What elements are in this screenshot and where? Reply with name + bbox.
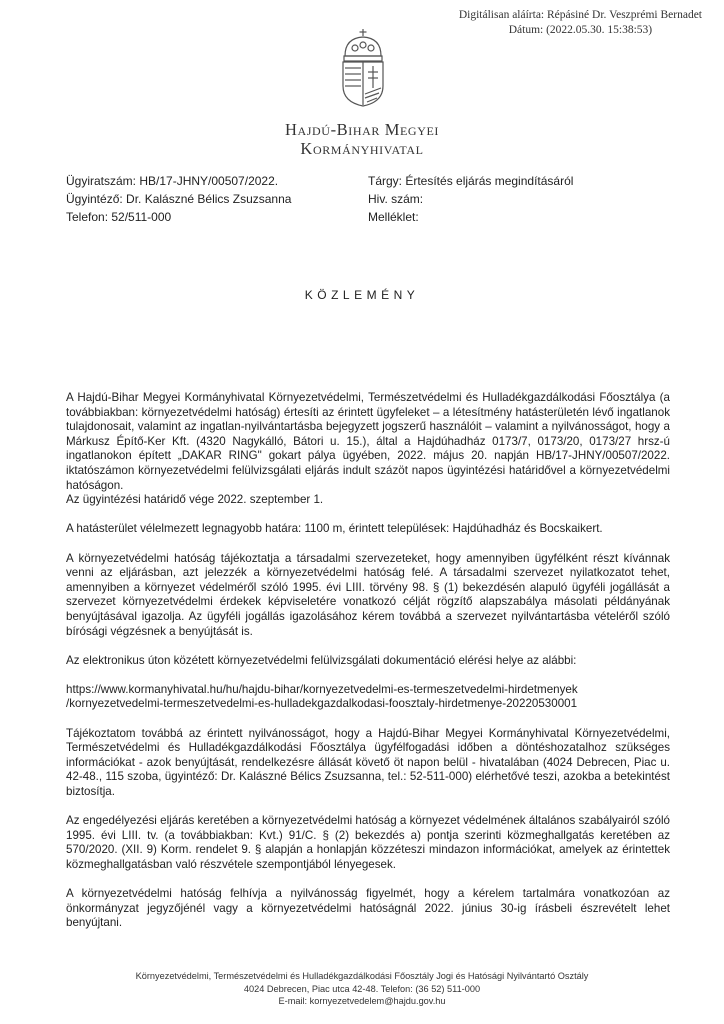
link-line1[interactable]: https://www.kormanyhivatal.hu/hu/hajdu-b… bbox=[66, 683, 578, 696]
footer-email[interactable]: E-mail: kornyezetvedelem@hajdu.gov.hu bbox=[0, 995, 724, 1008]
coat-of-arms-icon bbox=[331, 28, 395, 108]
reference-number: Hiv. szám: bbox=[368, 190, 573, 208]
link-line2[interactable]: /kornyezetvedelmi-termeszetvedelmi-es-hu… bbox=[66, 697, 577, 710]
paragraph-public-access: Tájékoztatom továbbá az érintett nyilván… bbox=[66, 727, 670, 800]
paragraph-public-hearing: Az engedélyezési eljárás keretében a kör… bbox=[66, 814, 670, 872]
paragraph-impact-area: A hatásterület vélelmezett legnagyobb ha… bbox=[66, 522, 670, 537]
document-body: A Hajdú-Bihar Megyei Kormányhivatal Körn… bbox=[66, 391, 670, 946]
organization-name: Hajdú-Bihar Megyei Kormányhivatal bbox=[0, 120, 724, 158]
document-title: KÖZLEMÉNY bbox=[0, 288, 724, 302]
paragraph-intro: A Hajdú-Bihar Megyei Kormányhivatal Körn… bbox=[66, 391, 670, 493]
case-reference-block: Ügyiratszám: HB/17-JHNY/00507/2022. Ügyi… bbox=[66, 172, 291, 226]
paragraph-social-organizations: A környezetvédelmi hatóság tájékoztatja … bbox=[66, 552, 670, 640]
org-name-line1: Hajdú-Bihar Megyei bbox=[0, 120, 724, 139]
org-name-line2: Kormányhivatal bbox=[0, 139, 724, 158]
footer-address: 4024 Debrecen, Piac utca 42-48. Telefon:… bbox=[0, 983, 724, 996]
subject-block: Tárgy: Értesítés eljárás megindításáról … bbox=[368, 172, 573, 226]
phone: Telefon: 52/511-000 bbox=[66, 208, 291, 226]
paragraph-documentation: Az elektronikus úton közétett környezetv… bbox=[66, 654, 670, 669]
case-officer: Ügyintéző: Dr. Kalászné Bélics Zsuzsanna bbox=[66, 190, 291, 208]
paragraph-comments-deadline: A környezetvédelmi hatóság felhívja a ny… bbox=[66, 887, 670, 931]
case-number: Ügyiratszám: HB/17-JHNY/00507/2022. bbox=[66, 172, 291, 190]
attachment: Melléklet: bbox=[368, 208, 573, 226]
signature-signer: Digitálisan aláírta: Répásiné Dr. Veszpr… bbox=[459, 8, 702, 23]
paragraph-deadline: Az ügyintézési határidő vége 2022. szept… bbox=[66, 493, 670, 508]
documentation-link[interactable]: https://www.kormanyhivatal.hu/hu/hajdu-b… bbox=[66, 683, 670, 712]
footer: Környezetvédelmi, Természetvédelmi és Hu… bbox=[0, 970, 724, 1008]
signature-date: Dátum: (2022.05.30. 15:38:53) bbox=[459, 23, 702, 38]
subject: Tárgy: Értesítés eljárás megindításáról bbox=[368, 172, 573, 190]
footer-department: Környezetvédelmi, Természetvédelmi és Hu… bbox=[0, 970, 724, 983]
digital-signature-stamp: Digitálisan aláírta: Répásiné Dr. Veszpr… bbox=[459, 8, 702, 38]
